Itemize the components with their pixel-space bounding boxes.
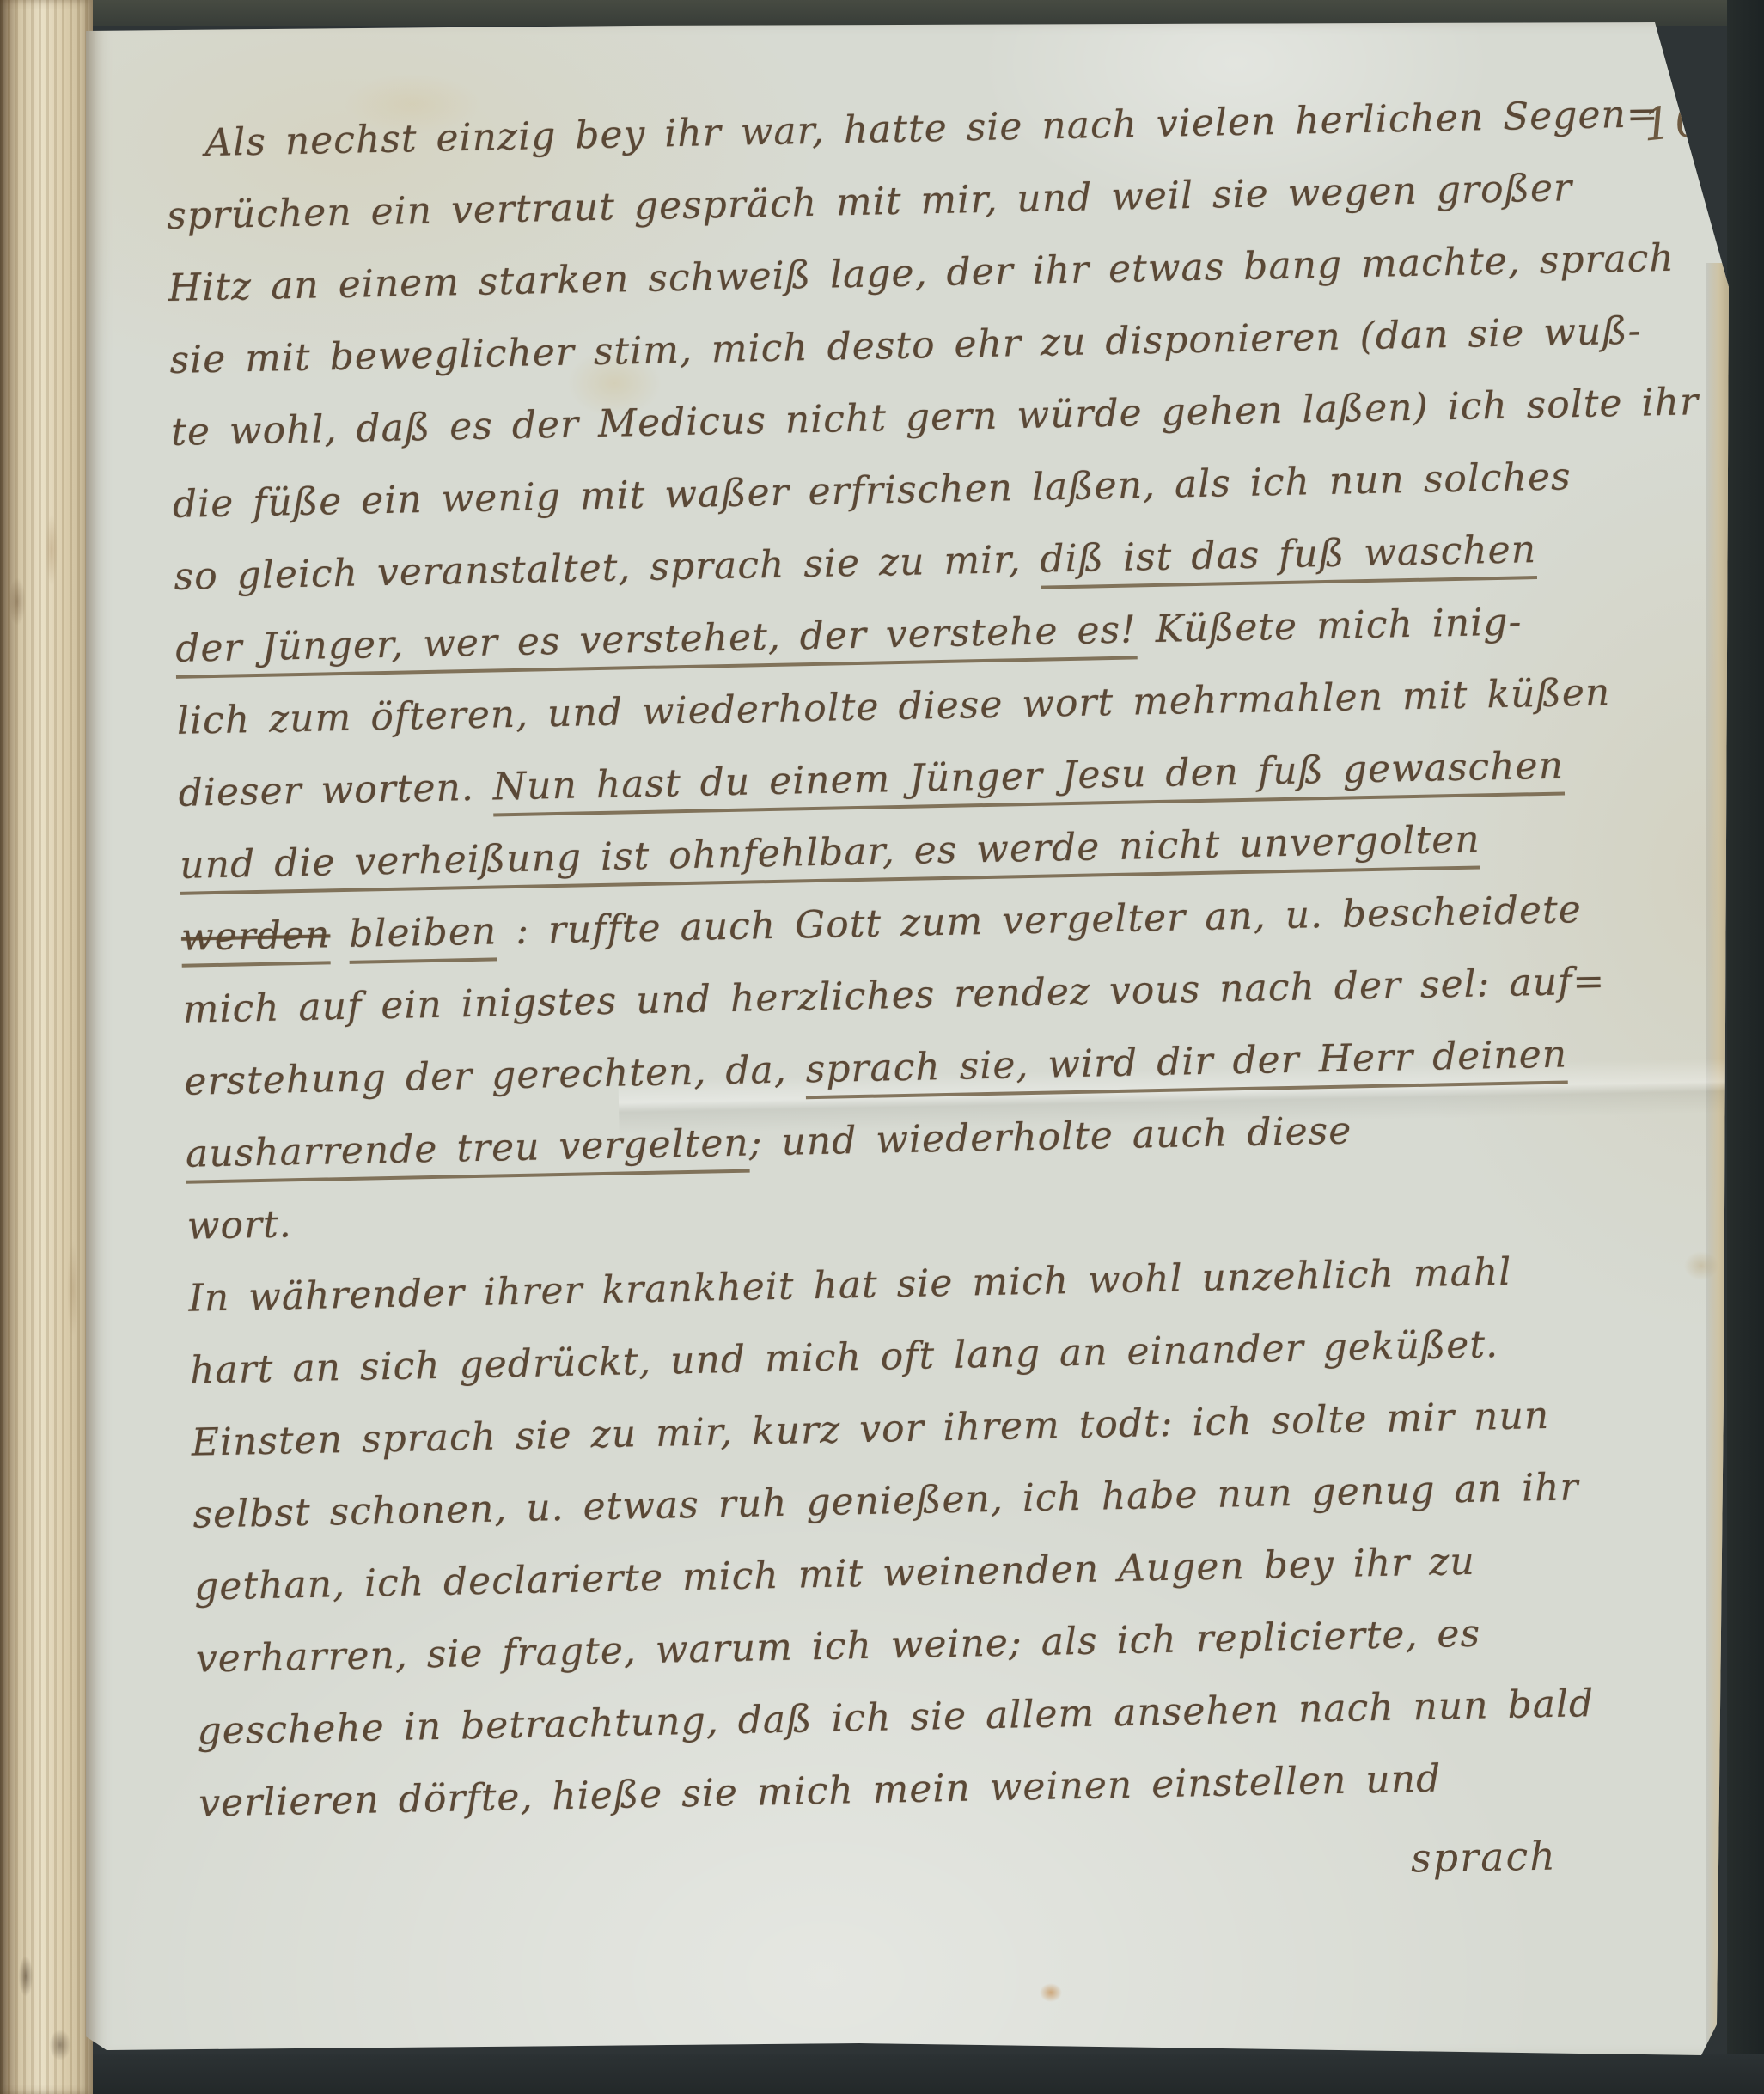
scan-border-right [1727,0,1764,2094]
manuscript-scan: { "document": { "kind": "handwritten man… [0,0,1764,2094]
scan-border-bottom [0,2054,1764,2094]
underlined-passage: bleiben [349,909,497,963]
text-block: Als nechst einzig bey ihr war, hatte sie… [165,91,1737,1854]
catchword: sprach [1411,1833,1558,1882]
text-segment: Küßete mich inig- [1136,600,1523,651]
text-segment: wort. [186,1202,292,1248]
paper-stain [1040,1983,1062,2002]
underlined-passage: ausharrende treu vergelten [186,1121,750,1184]
text-segment [330,913,350,956]
text-segment: dieser worten. [178,765,493,815]
manuscript-page: 101. Als nechst einzig bey ihr war, hatt… [86,22,1729,2057]
scan-border-top [93,0,1764,26]
binding-texture [0,0,93,2094]
struck-word: werden [181,913,331,967]
book-binding-edge [0,0,93,2094]
underlined-passage: diß ist das fuß waschen [1040,528,1537,589]
